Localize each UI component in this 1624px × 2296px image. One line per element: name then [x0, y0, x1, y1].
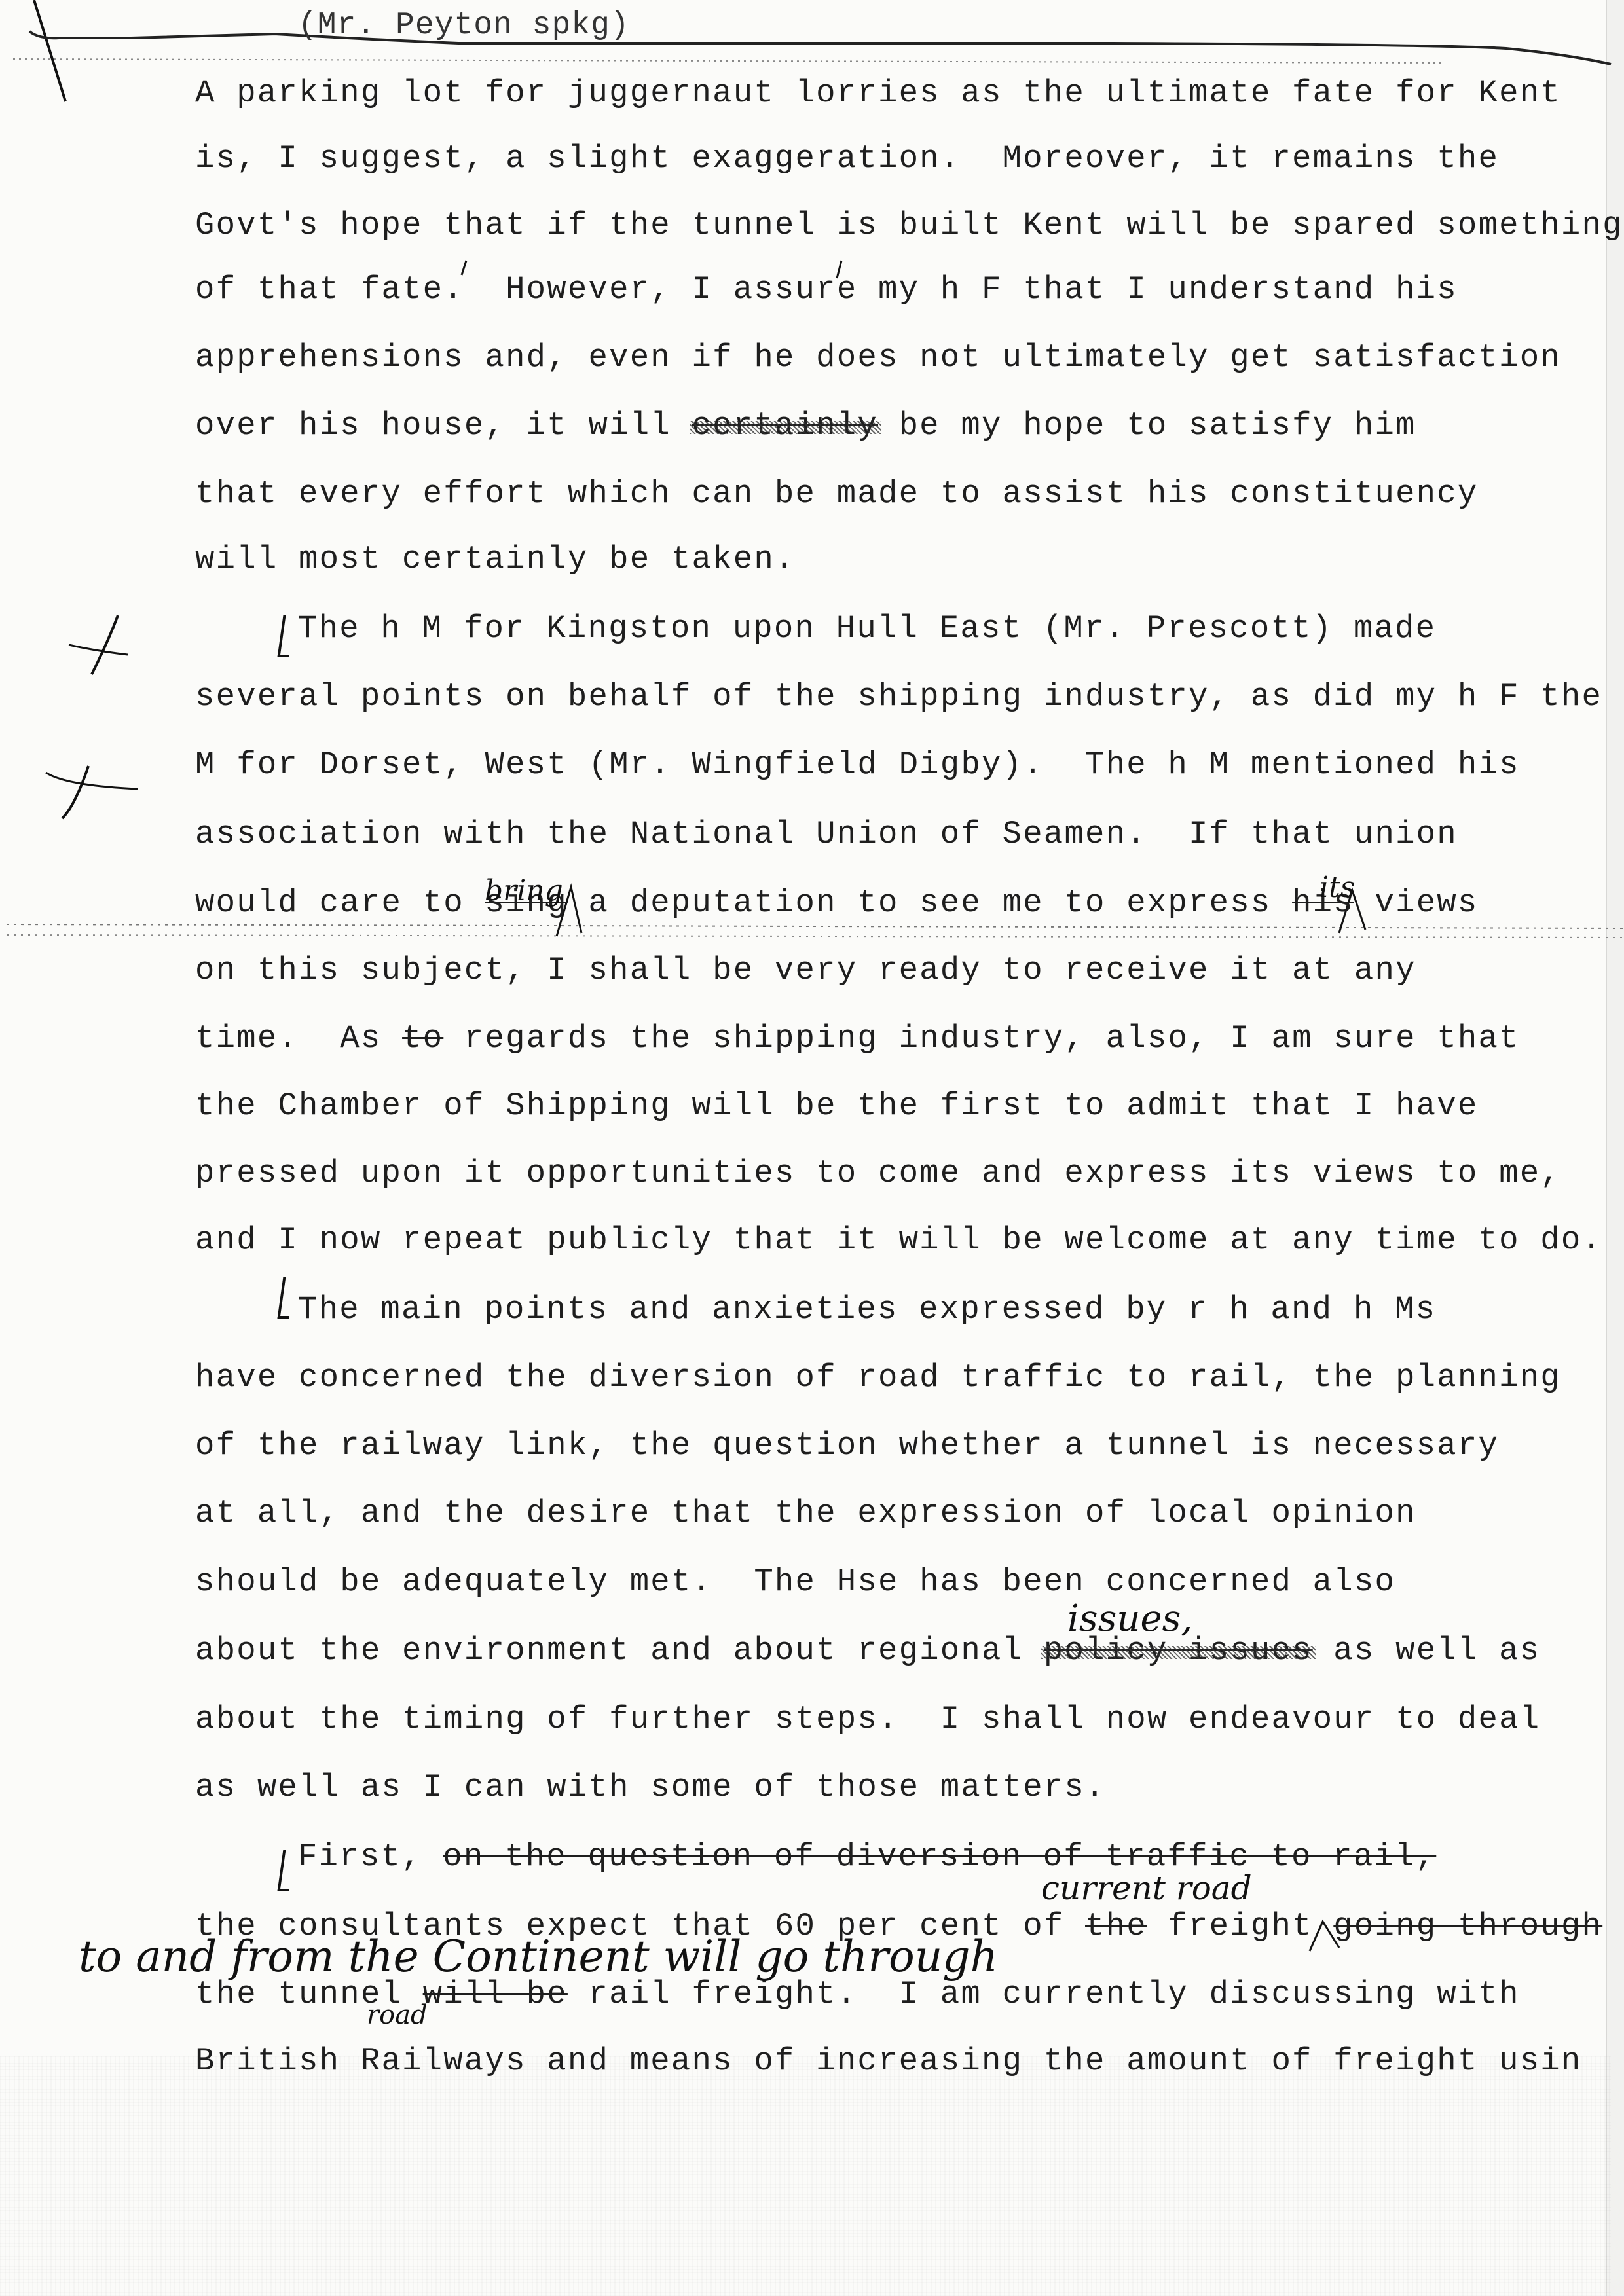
struck-text: to: [402, 1020, 443, 1057]
text-run: that every effort which can be made to a…: [195, 475, 1479, 512]
text-run: should be adequately met. The Hse has be…: [195, 1563, 1395, 1600]
text-run: the Chamber of Shipping will be the firs…: [195, 1087, 1479, 1124]
typed-line: will most certainly be taken.: [195, 543, 796, 575]
text-run: at all, and the desire that the expressi…: [195, 1495, 1416, 1531]
text-run: M for Dorset, West (Mr. Wingfield Digby)…: [195, 746, 1520, 783]
typed-line: A parking lot for juggernaut lorries as …: [195, 77, 1561, 109]
typed-line: of that fate. However, I assure my h F t…: [195, 274, 1458, 306]
speaker-header: (Mr. Peyton spkg): [298, 8, 630, 43]
typed-line: time. As to regards the shipping industr…: [195, 1023, 1520, 1055]
typed-line: have concerned the diversion of road tra…: [195, 1362, 1561, 1394]
text-run: and I now repeat publicly that it will b…: [195, 1222, 1602, 1258]
text-run: views: [1354, 884, 1479, 921]
text-run: as well as I can with some of those matt…: [195, 1769, 1106, 1806]
handwritten-insert-its: its: [1319, 871, 1355, 904]
text-run: of that fate. However, I assure my h F t…: [195, 271, 1458, 308]
typed-line: The h M for Kingston upon Hull East (Mr.…: [298, 613, 1436, 645]
typed-line: would care to sing a deputation to see m…: [195, 887, 1479, 919]
text-run: British Railways and means of increasing…: [195, 2043, 1582, 2079]
typed-line: about the timing of further steps. I sha…: [195, 1704, 1540, 1736]
typed-line: British Railways and means of increasing…: [195, 2045, 1582, 2077]
handwritten-insert-road: road: [367, 2000, 428, 2030]
text-run: will most certainly be taken.: [195, 541, 796, 577]
typed-line: The main points and anxieties expressed …: [298, 1294, 1436, 1326]
text-run: A parking lot for juggernaut lorries as …: [195, 75, 1561, 111]
typed-line: association with the National Union of S…: [195, 818, 1458, 850]
typed-line: that every effort which can be made to a…: [195, 478, 1479, 510]
text-run: pressed upon it opportunities to come an…: [195, 1155, 1561, 1192]
typed-line: on this subject, I shall be very ready t…: [195, 955, 1416, 987]
typed-line: and I now repeat publicly that it will b…: [195, 1224, 1602, 1256]
text-run: association with the National Union of S…: [195, 816, 1458, 852]
handwritten-insert-current-road: current road: [1041, 1869, 1252, 1907]
text-run: on this subject, I shall be very ready t…: [195, 952, 1416, 989]
text-run: apprehensions and, even if he does not u…: [195, 339, 1561, 376]
text-run: over his house, it will: [195, 407, 692, 444]
text-run: as well as: [1313, 1632, 1541, 1669]
typed-line: at all, and the desire that the expressi…: [195, 1497, 1416, 1529]
text-run: Govt's hope that if the tunnel is built …: [195, 207, 1623, 244]
struck-text: going through: [1333, 1908, 1602, 1944]
text-run: The main points and anxieties expressed …: [298, 1291, 1436, 1328]
typed-line: as well as I can with some of those matt…: [195, 1772, 1106, 1804]
text-run: be my hope to satisfy him: [878, 407, 1416, 444]
typed-line: the Chamber of Shipping will be the firs…: [195, 1090, 1479, 1122]
typed-line: apprehensions and, even if he does not u…: [195, 342, 1561, 374]
typed-line: Govt's hope that if the tunnel is built …: [195, 210, 1623, 242]
handwritten-insert-issues: issues,: [1067, 1597, 1192, 1640]
struck-text: certainly: [692, 410, 878, 442]
text-run: time. As: [195, 1020, 402, 1057]
typed-line: should be adequately met. The Hse has be…: [195, 1566, 1395, 1598]
typed-line: several points on behalf of the shipping…: [195, 681, 1602, 713]
handwritten-insert-continent: to and from the Continent will go throug…: [79, 1931, 998, 1982]
text-run: is, I suggest, a slight exaggeration. Mo…: [195, 140, 1499, 177]
text-run: The h M for Kingston upon Hull East (Mr.…: [298, 610, 1436, 647]
text-run: of the railway link, the question whethe…: [195, 1427, 1499, 1464]
typed-line: of the railway link, the question whethe…: [195, 1430, 1499, 1462]
text-run: First,: [298, 1838, 443, 1875]
text-run: several points on behalf of the shipping…: [195, 678, 1602, 715]
text-run: a deputation to see me to express: [568, 884, 1292, 921]
typed-line: M for Dorset, West (Mr. Wingfield Digby)…: [195, 749, 1520, 781]
handwritten-insert-bring: bring: [485, 874, 563, 907]
text-run: about the timing of further steps. I sha…: [195, 1701, 1540, 1738]
text-run: freight: [1147, 1908, 1333, 1944]
document-page: (Mr. Peyton spkg) A parking lot for jugg…: [0, 0, 1624, 2296]
typed-line: is, I suggest, a slight exaggeration. Mo…: [195, 143, 1499, 175]
text-run: would care to: [195, 884, 485, 921]
text-run: about the environment and about regional: [195, 1632, 1044, 1669]
text-run: have concerned the diversion of road tra…: [195, 1359, 1561, 1396]
typed-line: pressed upon it opportunities to come an…: [195, 1157, 1561, 1190]
struck-text: on the question of diversion of traffic …: [443, 1838, 1436, 1875]
typed-line: First, on the question of diversion of t…: [298, 1841, 1436, 1873]
text-run: regards the shipping industry, also, I a…: [443, 1020, 1519, 1057]
struck-text: the: [1085, 1908, 1147, 1944]
typed-line: over his house, it will certainly be my …: [195, 410, 1416, 442]
typed-line: about the environment and about regional…: [195, 1635, 1540, 1667]
